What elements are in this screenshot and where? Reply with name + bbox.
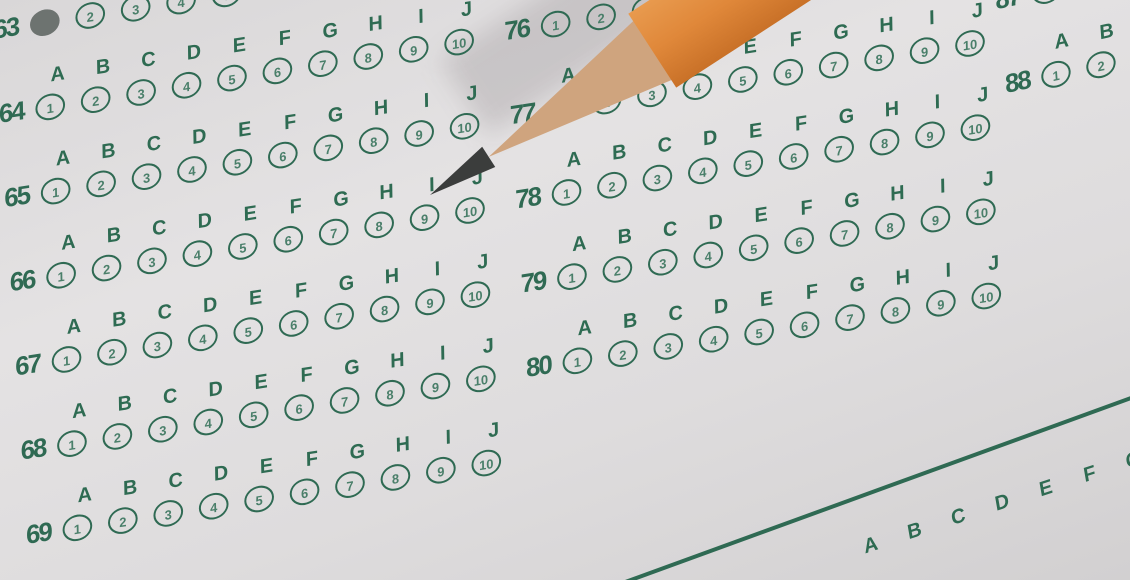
answer-letter: D: [187, 291, 233, 321]
answer-letter: C: [147, 382, 193, 412]
answer-bubble[interactable]: 6: [273, 223, 303, 254]
answer-bubble[interactable]: 9: [404, 118, 434, 149]
answer-letter: B: [596, 138, 642, 168]
answer-letter: C: [653, 299, 699, 329]
answer-letter: A: [40, 144, 86, 174]
answer-letter: G: [313, 101, 359, 131]
answer-bubble[interactable]: 8: [353, 41, 383, 72]
answer-letter: B: [86, 137, 132, 167]
answer-letter: B: [891, 513, 939, 550]
answer-letter: G: [318, 185, 364, 215]
answer-letter: A: [847, 527, 895, 564]
answer-letter: A: [62, 481, 108, 511]
answer-letter: H: [353, 9, 399, 39]
answer-letter: A: [35, 60, 81, 90]
answer-letter: H: [869, 95, 915, 125]
answer-bubble[interactable]: 10: [455, 194, 485, 225]
answer-bubble[interactable]: 9: [399, 33, 429, 64]
answer-letter: I: [398, 2, 444, 32]
answer-letter: F: [273, 192, 319, 222]
answer-bubble[interactable]: 4: [199, 490, 229, 521]
answer-sheet: ABCDEFGHIJ6312345678910ABCDEFGHIJ6412345…: [0, 0, 1130, 580]
answer-letter: C: [142, 298, 188, 328]
answer-letter: E: [1022, 470, 1070, 507]
answer-letter: E: [238, 368, 284, 398]
answer-letter: B: [80, 52, 126, 82]
answer-bubble[interactable]: 7: [330, 384, 360, 415]
answer-letter: B: [602, 222, 648, 252]
question-number: 88: [974, 63, 1035, 107]
answer-bubble[interactable]: 1: [62, 512, 92, 543]
answer-bubble[interactable]: 1: [557, 261, 587, 292]
answer-letter: A: [562, 314, 608, 344]
answer-letter: E: [233, 283, 279, 313]
answer-bubble[interactable]: 5: [744, 316, 774, 347]
answer-letter: G: [334, 437, 380, 467]
answer-bubble[interactable]: 9: [915, 119, 945, 150]
answer-bubble[interactable]: 3: [148, 413, 178, 444]
answer-bubble[interactable]: 2: [108, 505, 138, 536]
answer-bubble[interactable]: 1: [51, 343, 81, 374]
answer-letter: I: [425, 423, 471, 453]
answer-bubble[interactable]: 5: [217, 62, 247, 93]
answer-bubble[interactable]: 2: [102, 420, 132, 451]
answer-bubble[interactable]: 4: [193, 406, 223, 437]
answer-bubble[interactable]: 2: [75, 0, 105, 30]
answer-letter: F: [284, 360, 330, 390]
answer-letter: F: [773, 25, 819, 55]
answer-letter: D: [193, 375, 239, 405]
answer-bubble[interactable]: 7: [830, 217, 860, 248]
answer-bubble[interactable]: 1: [1031, 0, 1062, 6]
answer-bubble[interactable]: 7: [308, 48, 338, 79]
answer-letter: I: [420, 339, 466, 369]
answer-letter: I: [404, 86, 450, 116]
answer-letter: A: [51, 312, 97, 342]
answer-bubble[interactable]: 10: [444, 26, 474, 57]
answer-letter: G: [324, 269, 370, 299]
answer-bubble[interactable]: 6: [773, 56, 803, 87]
answer-bubble[interactable]: 8: [380, 461, 410, 492]
answer-bubble[interactable]: 5: [222, 146, 252, 177]
answer-letter: I: [925, 256, 971, 286]
answer-letter: F: [1066, 456, 1114, 493]
answer-bubble[interactable]: 3: [126, 76, 156, 107]
answer-bubble[interactable]: 3: [142, 329, 172, 360]
answer-letter: I: [914, 88, 960, 118]
answer-bubble[interactable]: 10: [971, 280, 1001, 311]
answer-bubble[interactable]: 4: [693, 239, 723, 270]
answer-bubble[interactable]: 5: [211, 0, 241, 9]
answer-letter: H: [864, 11, 910, 41]
answer-bubble[interactable]: 5: [233, 315, 263, 346]
answer-letter: D: [978, 485, 1026, 522]
answer-bubble[interactable]: 9: [920, 203, 950, 234]
answer-bubble[interactable]: 10: [466, 363, 496, 394]
answer-bubble[interactable]: 5: [228, 230, 258, 261]
answer-bubble[interactable]: 5: [733, 148, 763, 179]
answer-letter: F: [789, 278, 835, 308]
answer-letter: D: [176, 122, 222, 152]
answer-bubble[interactable]: 3: [642, 162, 672, 193]
question-number: 63: [0, 10, 22, 51]
answer-letter: G: [834, 270, 880, 300]
answer-letter: F: [778, 109, 824, 139]
answer-bubble[interactable]: 7: [319, 216, 349, 247]
question-number: 66: [0, 263, 39, 304]
answer-bubble[interactable]: 9: [415, 286, 445, 317]
answer-bubble[interactable]: 7: [824, 133, 854, 164]
answer-bubble[interactable]: 8: [864, 42, 894, 73]
answer-letter: H: [358, 93, 404, 123]
answer-bubble[interactable]: 7: [835, 302, 865, 333]
answer-letter: H: [874, 179, 920, 209]
answer-letter: E: [744, 285, 790, 315]
answer-letter: E: [738, 201, 784, 231]
answer-bubble[interactable]: 6: [268, 139, 298, 170]
answer-letter: D: [198, 459, 244, 489]
answer-letter: G: [307, 16, 353, 46]
answer-letter: H: [369, 262, 415, 292]
answer-letter: J: [471, 416, 517, 446]
answer-bubble[interactable]: 2: [597, 169, 627, 200]
answer-bubble[interactable]: 2: [97, 336, 127, 367]
question-number: 69: [0, 515, 55, 556]
answer-bubble[interactable]: 8: [875, 210, 905, 241]
answer-bubble[interactable]: 6: [262, 55, 292, 86]
answer-bubble[interactable]: 4: [182, 238, 212, 269]
answer-bubble[interactable]: 3: [153, 497, 183, 528]
answer-bubble[interactable]: 1: [41, 175, 71, 206]
answer-bubble[interactable]: 1: [30, 7, 60, 38]
answer-bubble[interactable]: 8: [370, 293, 400, 324]
answer-letter: J: [971, 249, 1017, 279]
answer-bubble[interactable]: 1: [35, 91, 65, 122]
answer-letter: E: [216, 31, 262, 61]
answer-bubble[interactable]: 10: [966, 196, 996, 227]
answer-letter: I: [920, 172, 966, 202]
answer-bubble[interactable]: 9: [910, 35, 940, 66]
answer-letter: F: [267, 108, 313, 138]
answer-letter: J: [965, 165, 1011, 195]
answer-bubble[interactable]: 6: [290, 476, 320, 507]
answer-bubble[interactable]: 2: [81, 84, 111, 115]
answer-letter: B: [607, 306, 653, 336]
answer-letter: A: [56, 396, 102, 426]
answer-bubble[interactable]: 10: [471, 447, 501, 478]
answer-letter: B: [102, 389, 148, 419]
answer-bubble[interactable]: 5: [728, 63, 758, 94]
answer-letter: D: [698, 292, 744, 322]
answer-bubble[interactable]: 6: [279, 307, 309, 338]
answer-letter: F: [278, 276, 324, 306]
answer-bubble[interactable]: 6: [790, 309, 820, 340]
answer-bubble[interactable]: 4: [188, 322, 218, 353]
answer-bubble[interactable]: 4: [171, 69, 201, 100]
answer-letter: B: [107, 473, 153, 503]
answer-bubble[interactable]: 7: [335, 469, 365, 500]
answer-bubble[interactable]: 1: [551, 176, 581, 207]
answer-bubble[interactable]: 2: [86, 168, 116, 199]
answer-letter: E: [227, 199, 273, 229]
answer-letter: F: [289, 445, 335, 475]
answer-letter: G: [329, 353, 375, 383]
answer-bubble[interactable]: 5: [739, 232, 769, 263]
answer-bubble[interactable]: 6: [784, 225, 814, 256]
answer-letter: D: [182, 206, 228, 236]
answer-bubble[interactable]: 9: [426, 454, 456, 485]
answer-letter: E: [733, 116, 779, 146]
answer-bubble[interactable]: 6: [779, 140, 809, 171]
answer-bubble[interactable]: 7: [819, 49, 849, 80]
answer-bubble[interactable]: 2: [1085, 48, 1116, 80]
answer-letter: F: [262, 24, 308, 54]
answer-letter: D: [171, 38, 217, 68]
answer-letter: C: [126, 45, 172, 75]
answer-letter: D: [687, 124, 733, 154]
answer-letter: E: [222, 115, 268, 145]
answer-bubble[interactable]: 9: [410, 202, 440, 233]
answer-letter: I: [909, 3, 955, 33]
answer-letter: H: [880, 263, 926, 293]
answer-letter: C: [131, 129, 177, 159]
answer-bubble[interactable]: 6: [257, 0, 287, 2]
answer-letter: A: [556, 229, 602, 259]
answer-letter-labels: ABCDEFGHIJ: [847, 399, 1130, 564]
answer-bubble[interactable]: 4: [699, 323, 729, 354]
answer-bubble[interactable]: 5: [239, 399, 269, 430]
question-number: 65: [0, 178, 33, 219]
answer-letter: C: [136, 214, 182, 244]
answer-bubble[interactable]: 10: [960, 112, 990, 143]
answer-bubble[interactable]: 2: [91, 252, 121, 283]
answer-bubble[interactable]: 1: [541, 8, 571, 39]
answer-bubble[interactable]: 3: [648, 246, 678, 277]
answer-bubble[interactable]: 7: [313, 132, 343, 163]
answer-bubble[interactable]: 8: [359, 125, 389, 156]
answer-letter: B: [96, 305, 142, 335]
answer-bubble[interactable]: 3: [121, 0, 151, 23]
answer-bubble[interactable]: 8: [880, 294, 910, 325]
answer-letter: H: [374, 346, 420, 376]
answer-bubble[interactable]: 4: [688, 155, 718, 186]
answer-bubble[interactable]: 1: [562, 345, 592, 376]
answer-letter: C: [935, 499, 983, 536]
answer-bubble[interactable]: 9: [926, 287, 956, 318]
answer-bubble[interactable]: 3: [131, 161, 161, 192]
answer-bubble[interactable]: 4: [177, 153, 207, 184]
answer-bubble[interactable]: 2: [608, 338, 638, 369]
answer-letter: G: [818, 18, 864, 48]
answer-letter: A: [46, 228, 92, 258]
answer-letter: D: [693, 208, 739, 238]
answer-bubble[interactable]: 1: [57, 428, 87, 459]
answer-letter: C: [153, 466, 199, 496]
answer-letter: G: [1110, 442, 1130, 479]
answer-letter: I: [414, 255, 460, 285]
answer-bubble[interactable]: 3: [653, 330, 683, 361]
answer-letter: H: [380, 430, 426, 460]
question-number: 68: [0, 431, 50, 472]
answer-bubble[interactable]: 1: [1040, 58, 1071, 90]
answer-letter: G: [829, 186, 875, 216]
answer-letter: C: [642, 131, 688, 161]
answer-letter: C: [647, 215, 693, 245]
answer-bubble[interactable]: 6: [284, 392, 314, 423]
answer-bubble[interactable]: 1: [46, 259, 76, 290]
answer-bubble[interactable]: 7: [324, 300, 354, 331]
answer-bubble[interactable]: 10: [955, 27, 985, 58]
answer-bubble[interactable]: 10: [460, 279, 490, 310]
answer-letter: H: [364, 178, 410, 208]
answer-bubble[interactable]: 3: [137, 245, 167, 276]
answer-bubble[interactable]: 4: [166, 0, 196, 16]
answer-bubble[interactable]: 2: [586, 1, 616, 32]
answer-letter: F: [784, 193, 830, 223]
answer-letter: G: [824, 102, 870, 132]
answer-bubble[interactable]: 9: [420, 370, 450, 401]
answer-bubble[interactable]: 8: [870, 126, 900, 157]
answer-letter: E: [244, 452, 290, 482]
answer-bubble[interactable]: 2: [602, 253, 632, 284]
answer-bubble[interactable]: 8: [364, 209, 394, 240]
question-number: 64: [0, 94, 28, 135]
question-number: 67: [0, 347, 44, 388]
answer-bubble[interactable]: 5: [244, 483, 274, 514]
answer-letter: B: [91, 221, 137, 251]
answer-bubble[interactable]: 8: [375, 377, 405, 408]
